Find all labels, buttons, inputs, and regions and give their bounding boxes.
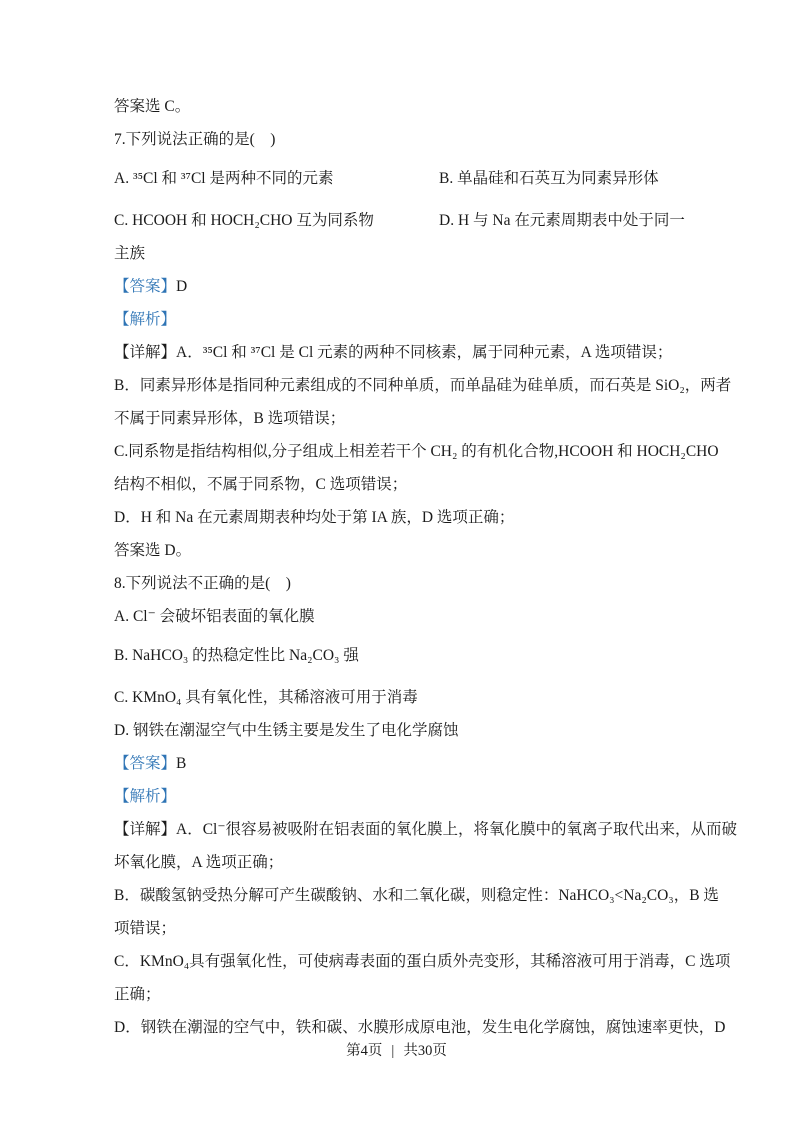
question7-options-row-2: C. HCOOH 和 HOCH₂CHO 互为同系物 D. H 与 Na 在元素周… [114,211,700,231]
question7-detail-line: B．同素异形体是指同种元素组成的不同种单质，而单晶硅为硅单质，而石英是 SiO₂… [114,376,700,396]
question8-option-b: B. NaHCO₃ 的热稳定性比 Na₂CO₃ 强 [114,646,700,666]
detail-label: 【详解】 [114,344,176,361]
question8-detail-line: 项错误； [114,919,700,939]
question8-option-a: A. Cl⁻ 会破坏铝表面的氧化膜 [114,607,700,627]
answer-value: D [176,278,187,295]
footer-total-pages: 共30页 [403,1043,447,1059]
question8-answer-line: 【答案】B [114,754,700,774]
detail-text: A．³⁵Cl 和 ³⁷Cl 是 Cl 元素的两种不同核素，属于同种元素，A 选项… [176,344,672,361]
question7-option-d-overflow: 主族 [114,244,700,264]
question8-detail-line: D．钢铁在潮湿的空气中，铁和碳、水膜形成原电池，发生电化学腐蚀，腐蚀速率更快，D [114,1018,700,1038]
question7-option-c: C. HCOOH 和 HOCH₂CHO 互为同系物 [114,211,439,231]
detail-text: A．Cl⁻很容易被吸附在铝表面的氧化膜上，将氧化膜中的氧离子取代出来，从而破 [176,821,737,838]
question7-option-b: B. 单晶硅和石英互为同素异形体 [439,169,700,189]
answer-label: 【答案】 [114,755,176,772]
question8-detail-line: 正确； [114,985,700,1005]
question8-detail-line-a: 【详解】A．Cl⁻很容易被吸附在铝表面的氧化膜上，将氧化膜中的氧离子取代出来，从… [114,820,700,840]
question8-detail-line: 坏氧化膜，A 选项正确； [114,853,700,873]
page-content: 答案选 C。 7.下列说法正确的是( ) A. ³⁵Cl 和 ³⁷Cl 是两种不… [0,0,793,1038]
question7-detail-line: D．H 和 Na 在元素周期表种均处于第 IA 族，D 选项正确； [114,508,700,528]
question7-detail-line-a: 【详解】A．³⁵Cl 和 ³⁷Cl 是 Cl 元素的两种不同核素，属于同种元素，… [114,343,700,363]
question8-option-c: C. KMnO₄ 具有氧化性，其稀溶液可用于消毒 [114,688,700,708]
question8-detail-line: B．碳酸氢钠受热分解可产生碳酸钠、水和二氧化碳，则稳定性：NaHCO₃<Na₂C… [114,886,700,906]
question7-detail-line: 不属于同素异形体，B 选项错误； [114,409,700,429]
footer-separator: | [382,1043,403,1059]
question8-detail-line: C．KMnO₄具有强氧化性，可使病毒表面的蛋白质外壳变形，其稀溶液可用于消毒，C… [114,952,700,972]
analysis-label: 【解析】 [114,788,176,805]
analysis-label: 【解析】 [114,311,176,328]
question7-answer-line: 【答案】D [114,277,700,297]
footer-page-number: 第4页 [346,1043,382,1059]
answer-label: 【答案】 [114,278,176,295]
question8-stem: 8.下列说法不正确的是( ) [114,574,700,594]
question8-option-d: D. 钢铁在潮湿空气中生锈主要是发生了电化学腐蚀 [114,721,700,741]
q6-answer-line: 答案选 C。 [114,97,700,117]
question8-analysis-line: 【解析】 [114,787,700,807]
exam-answer-page: 答案选 C。 7.下列说法正确的是( ) A. ³⁵Cl 和 ³⁷Cl 是两种不… [0,0,793,1122]
question7-option-a: A. ³⁵Cl 和 ³⁷Cl 是两种不同的元素 [114,169,439,189]
detail-label: 【详解】 [114,821,176,838]
question7-stem: 7.下列说法正确的是( ) [114,130,700,150]
question7-detail-line: C.同系物是指结构相似,分子组成上相差若干个 CH₂ 的有机化合物,HCOOH … [114,442,700,462]
page-footer: 第4页|共30页 [0,1041,793,1061]
answer-value: B [176,755,186,772]
question7-option-d: D. H 与 Na 在元素周期表中处于同一 [439,211,700,231]
question7-detail-line: 结构不相似，不属于同系物，C 选项错误； [114,475,700,495]
question7-analysis-line: 【解析】 [114,310,700,330]
question7-options-row-1: A. ³⁵Cl 和 ³⁷Cl 是两种不同的元素 B. 单晶硅和石英互为同素异形体 [114,169,700,189]
question7-closing-line: 答案选 D。 [114,541,700,561]
